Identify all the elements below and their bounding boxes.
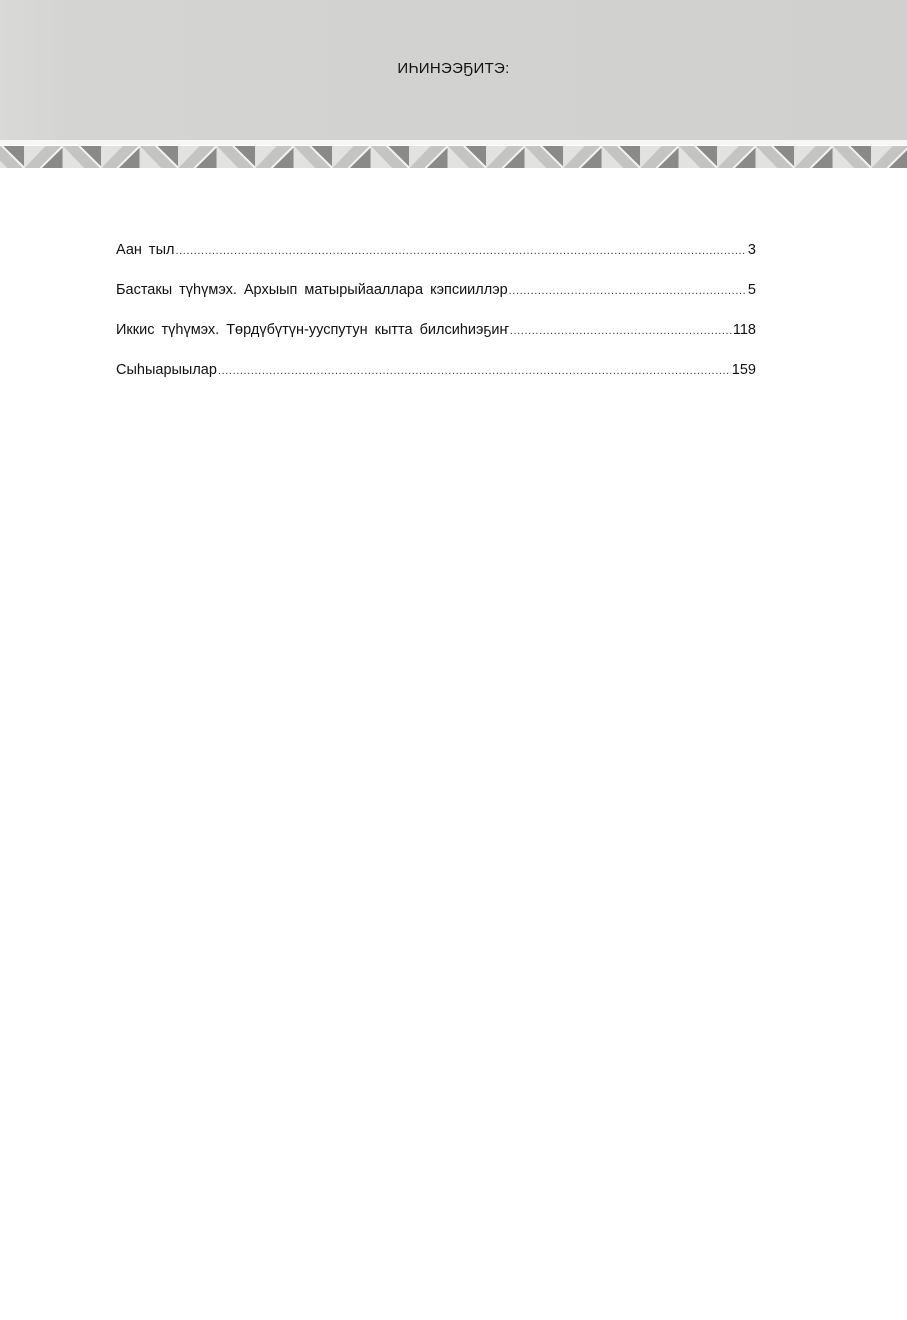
table-of-contents: Аан тыл 3 Бастакы түһүмэх. Архыып матыры… — [116, 240, 756, 400]
toc-entry-page: 159 — [732, 360, 756, 380]
toc-entry[interactable]: Сыһыарыылар 159 — [116, 360, 756, 400]
toc-entry-title: Сыһыарыылар — [116, 360, 217, 380]
dot-leader — [510, 321, 732, 341]
toc-entry-page: 5 — [748, 280, 756, 300]
toc-entry-title: Бастакы түһүмэх. Архыып матырыйааллара к… — [116, 280, 508, 300]
header-band: ИҺИНЭЭҔИТЭ: — [0, 0, 907, 140]
dot-leader — [509, 281, 747, 301]
toc-entry-title: Иккис түһүмэх. Төрдүбүтүн-ууспутун кытта… — [116, 320, 509, 340]
toc-entry-title: Аан тыл — [116, 240, 174, 260]
toc-entry[interactable]: Иккис түһүмэх. Төрдүбүтүн-ууспутун кытта… — [116, 320, 756, 360]
toc-entry[interactable]: Бастакы түһүмэх. Архыып матырыйааллара к… — [116, 280, 756, 320]
dot-leader — [175, 241, 746, 261]
dot-leader — [218, 361, 731, 381]
geometric-pattern-icon — [0, 145, 907, 170]
toc-entry-page: 118 — [733, 320, 756, 340]
page-title: ИҺИНЭЭҔИТЭ: — [0, 60, 907, 77]
toc-entry[interactable]: Аан тыл 3 — [116, 240, 756, 280]
toc-entry-page: 3 — [748, 240, 756, 260]
decorative-border — [0, 145, 907, 170]
